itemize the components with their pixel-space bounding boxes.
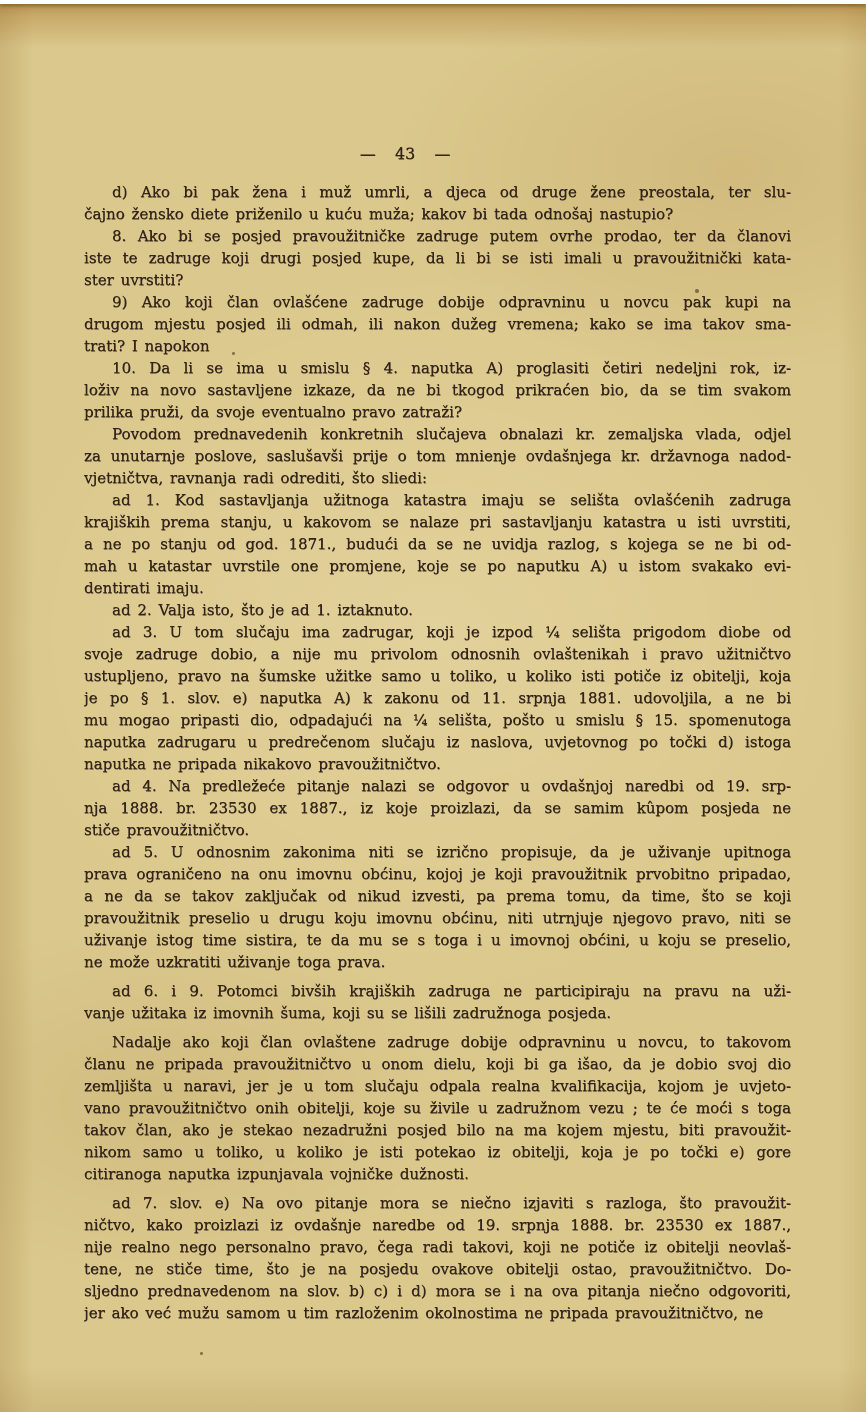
text-line: vano pravoužitničtvo onih obitelji, koje… [84, 1097, 791, 1119]
text-line: prava ograničeno na onu imovnu obćinu, k… [84, 863, 791, 885]
scanned-page: — 43 — d) Ako bi pak žena i muž umrli, a… [0, 0, 866, 1412]
text-line: ničtvo, kako proizlazi iz ovdašnje nared… [84, 1214, 791, 1236]
text-line: dentirati imaju. [84, 577, 791, 599]
text-line: ad 7. slov. e) Na ovo pitanje mora se ni… [84, 1192, 791, 1214]
text-line: članu ne pripada pravoužitničtvo u onom … [84, 1053, 791, 1075]
text-line: mu mogao pripasti dio, odpadajući na ¼ s… [84, 709, 791, 731]
text-line: a ne da se takov zaključak od nikud izve… [84, 885, 791, 907]
text-line: nja 1888. br. 23530 ex 1887., iz koje pr… [84, 797, 791, 819]
text-line: uživanje istog time sistira, te da mu se… [84, 929, 791, 951]
text-line: zemljišta u naravi, jer je u tom slučaju… [84, 1075, 791, 1097]
text-line: je po § 1. slov. e) naputka A) k zakonu … [84, 687, 791, 709]
text-line: nikom samo u toliko, u koliko je isti po… [84, 1141, 791, 1163]
text-line: čajno žensko diete priženilo u kuću muža… [84, 203, 791, 225]
text-line: ad 1. Kod sastavljanja užitnoga katastra… [84, 489, 791, 511]
text-line: naputka zadrugaru u predrečenom slučaju … [84, 731, 791, 753]
text-line: 8. Ako bi se posjed pravoužitničke zadru… [84, 225, 791, 247]
text-line: ster uvrstiti? [84, 269, 791, 291]
text-line: ad 3. U tom slučaju ima zadrugar, koji j… [84, 621, 791, 643]
text-line: ad 2. Valja isto, što je ad 1. iztaknuto… [84, 599, 791, 621]
text-line: drugom mjestu posjed ili odmah, ili nako… [84, 313, 791, 335]
text-line: 9) Ako koji član ovlašćene zadruge dobij… [84, 291, 791, 313]
text-line: 10. Da li se ima u smislu § 4. naputka A… [84, 357, 791, 379]
text-line: ustupljeno, pravo na šumske užitke samo … [84, 665, 791, 687]
text-line: a ne po stanju od god. 1871., budući da … [84, 533, 791, 555]
ink-speck [232, 352, 235, 355]
text-line: nije realno nego personalno pravo, čega … [84, 1236, 791, 1258]
text-line: tene, ne stiče time, što je na posjedu o… [84, 1258, 791, 1280]
text-line: vanje užitaka iz imovnih šuma, koji su s… [84, 1002, 791, 1024]
text-line: mah u katastar uvrstile one promjene, ko… [84, 555, 791, 577]
text-line: ad 6. i 9. Potomci bivših krajiških zadr… [84, 980, 791, 1002]
text-line: Povodom prednavedenih konkretnih slučaje… [84, 423, 791, 445]
text-line: sljedno prednavedenom na slov. b) c) i d… [84, 1280, 791, 1302]
text-line: iste te zadruge koji drugi posjed kupe, … [84, 247, 791, 269]
text-line: d) Ako bi pak žena i muž umrli, a djeca … [84, 181, 791, 203]
text-line: ne može uzkratiti uživanje toga prava. [84, 951, 791, 973]
text-line: naputka ne pripada nikakovo pravoužitnič… [84, 753, 791, 775]
page-text: d) Ako bi pak žena i muž umrli, a djeca … [84, 181, 791, 1324]
ink-speck [200, 1352, 203, 1355]
text-line: trati? I napokon [84, 335, 791, 357]
text-line: jer ako već mužu samom u tim razloženim … [84, 1302, 791, 1324]
text-line: Nadalje ako koji član ovlaštene zadruge … [84, 1031, 791, 1053]
text-line: ad 5. U odnosnim zakonima niti se izričn… [84, 841, 791, 863]
text-line: stiče pravoužitničtvo. [84, 819, 791, 841]
text-line: vjetničtva, ravnanja radi odrediti, što … [84, 467, 791, 489]
text-line: loživ na novo sastavljene izkaze, da ne … [84, 379, 791, 401]
ink-speck [695, 289, 699, 293]
text-line: za unutarnje poslove, saslušavši prije o… [84, 445, 791, 467]
page-number: — 43 — [0, 144, 810, 163]
text-line: citiranoga naputka izpunjavala vojničke … [84, 1163, 791, 1185]
text-line: svoje zadruge dobio, a nije mu privolom … [84, 643, 791, 665]
text-line: krajiških prema stanju, u kakovom se nal… [84, 511, 791, 533]
text-line: pravoužitnik preselio u drugu koju imovn… [84, 907, 791, 929]
text-line: ad 4. Na predležeće pitanje nalazi se od… [84, 775, 791, 797]
text-line: prilika pruži, da svoje eventualno pravo… [84, 401, 791, 423]
text-line: takov član, ako je stekao nezadružni pos… [84, 1119, 791, 1141]
scan-top-edge [0, 0, 866, 4]
